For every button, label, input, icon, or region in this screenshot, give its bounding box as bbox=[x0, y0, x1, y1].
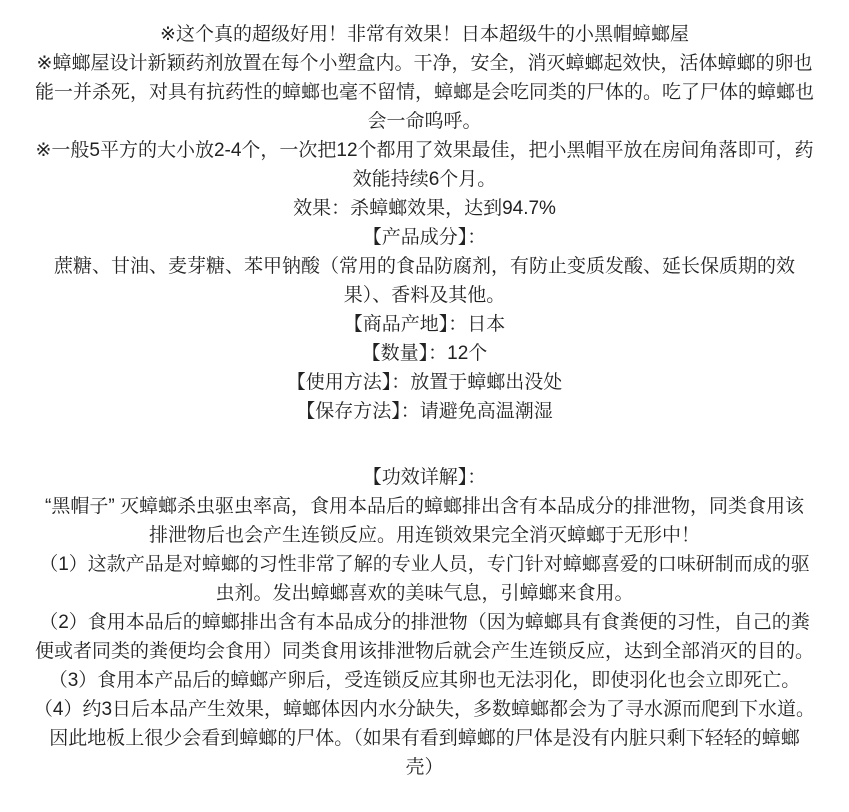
usage-note-paragraph: ※一般5平方的大小放2-4个，一次把12个都用了效果最佳，把小黑帽平放在房间角落… bbox=[10, 136, 839, 194]
effect-line: 效果：杀蟑螂效果，达到94.7% bbox=[10, 194, 839, 223]
product-description: ※这个真的超级好用！非常有效果！日本超级牛的小黑帽蟑螂屋 ※蟑螂屋设计新颖药剂放… bbox=[0, 0, 849, 782]
intro-paragraph: ※蟑螂屋设计新颖药剂放置在每个小塑盒内。干净，安全，消灭蟑螂起效快，活体蟑螂的卵… bbox=[10, 49, 839, 136]
origin-line: 【商品产地】：日本 bbox=[10, 310, 839, 339]
usage-method-line: 【使用方法】：放置于蟑螂出没处 bbox=[10, 368, 839, 397]
storage-method-line: 【保存方法】：请避免高温潮湿 bbox=[10, 397, 839, 426]
headline: ※这个真的超级好用！非常有效果！日本超级牛的小黑帽蟑螂屋 bbox=[10, 20, 839, 49]
quantity-line: 【数量】：12个 bbox=[10, 339, 839, 368]
efficacy-point-2: （2）食用本品后的蟑螂排出含有本品成分的排泄物（因为蟑螂具有食粪便的习性，自己的… bbox=[10, 608, 839, 666]
ingredients-text: 蔗糖、甘油、麦芽糖、苯甲钠酸（常用的食品防腐剂，有防止变质发酸、延长保质期的效 … bbox=[10, 252, 839, 310]
efficacy-point-4: （4）约3日后本品产生效果，蟑螂体因内水分缺失，多数蟑螂都会为了寻水源而爬到下水… bbox=[10, 695, 839, 782]
efficacy-point-1: （1）这款产品是对蟑螂的习性非常了解的专业人员，专门针对蟑螂喜爱的口味研制而成的… bbox=[10, 550, 839, 608]
ingredients-label: 【产品成分】： bbox=[10, 223, 839, 252]
efficacy-heading: 【功效详解】： bbox=[10, 463, 839, 492]
efficacy-intro-paragraph: “黑帽子” 灭蟑螂杀虫驱虫率高，食用本品后的蟑螂排出含有本品成分的排泄物，同类食… bbox=[10, 492, 839, 550]
section-gap bbox=[10, 426, 839, 463]
efficacy-point-3: （3）食用本产品后的蟑螂产卵后，受连锁反应其卵也无法羽化，即使羽化也会立即死亡。 bbox=[10, 666, 839, 695]
page: ※这个真的超级好用！非常有效果！日本超级牛的小黑帽蟑螂屋 ※蟑螂屋设计新颖药剂放… bbox=[0, 0, 849, 812]
